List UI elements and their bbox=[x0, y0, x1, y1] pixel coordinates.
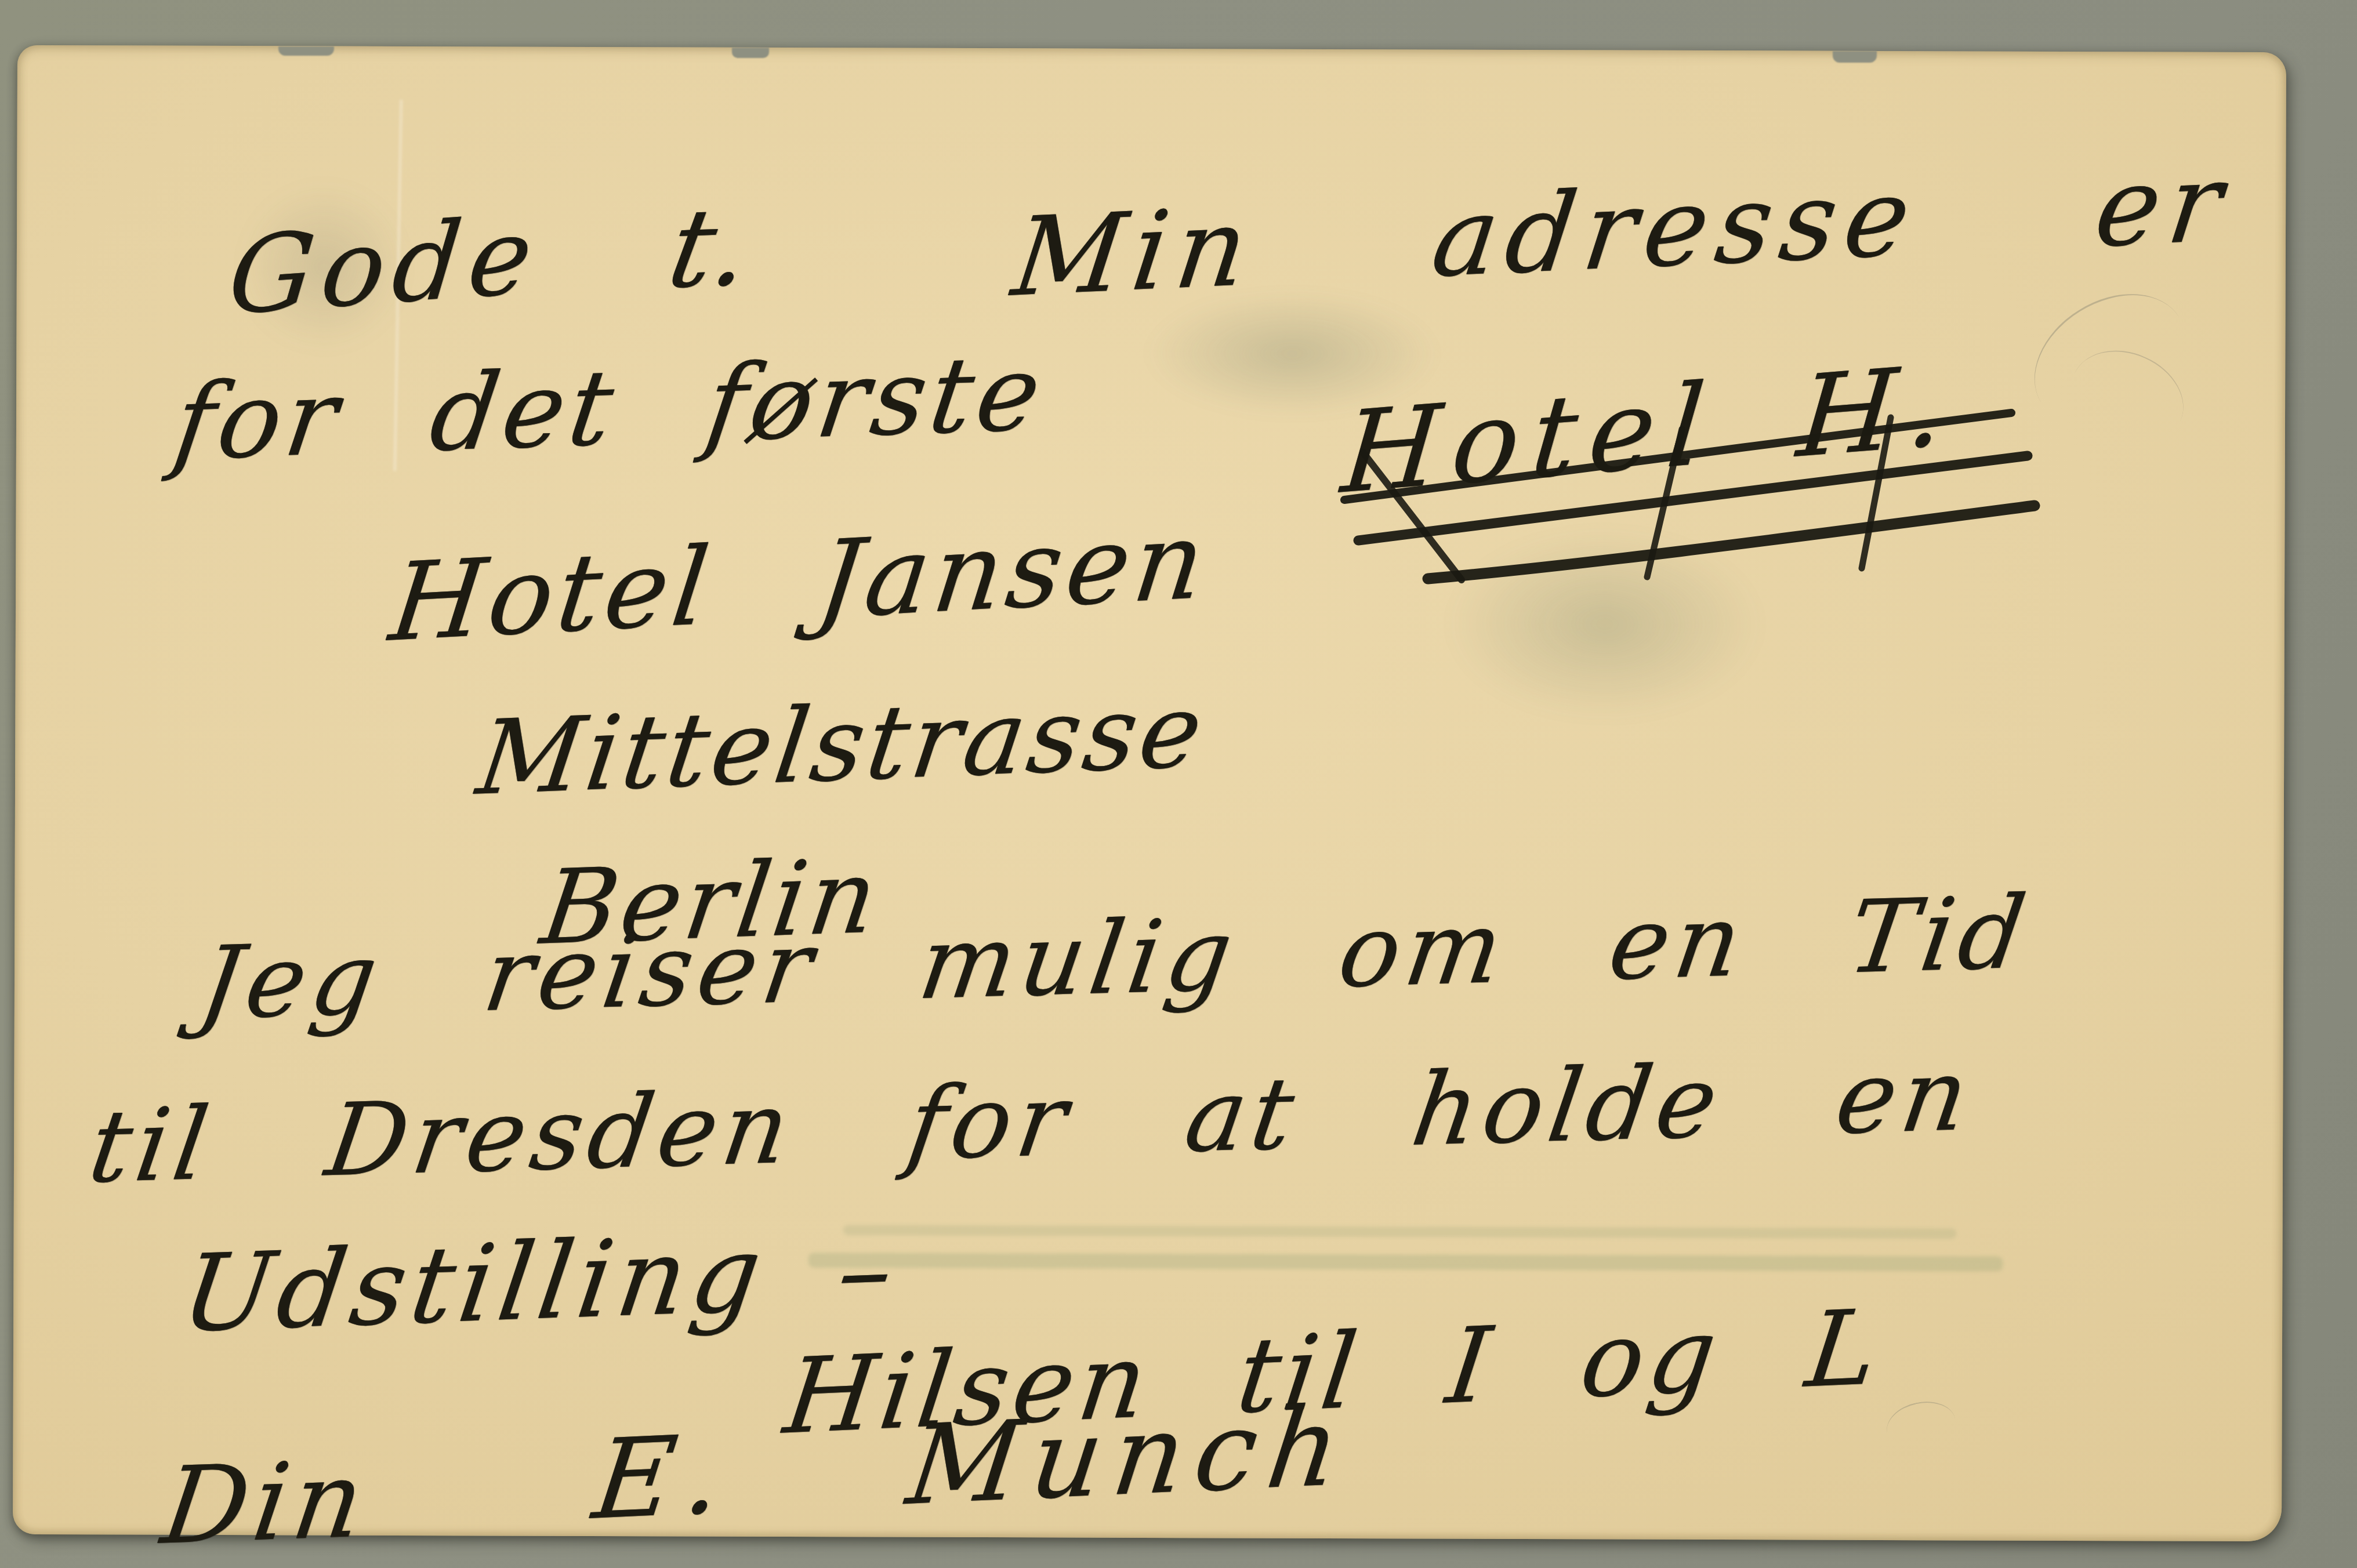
scan-background: Gode t. Min adresse er for det første Ho… bbox=[0, 0, 2357, 1568]
card-edge-chip bbox=[1833, 51, 1877, 63]
offset-transfer-band bbox=[808, 1253, 2003, 1271]
handwriting-travel-line-3: Udstilling – bbox=[175, 1207, 906, 1356]
ink-smudge bbox=[1384, 490, 1825, 758]
card-edge-chip bbox=[278, 46, 334, 56]
pencil-scribble bbox=[2057, 333, 2199, 462]
offset-transfer-band bbox=[843, 1225, 1957, 1239]
pencil-scribble bbox=[2010, 267, 2210, 453]
handwriting-signature-din: Din bbox=[155, 1438, 376, 1568]
handwriting-salutation-word: Gode bbox=[223, 193, 546, 339]
pencil-scribble bbox=[1882, 1396, 1960, 1457]
card-edge-chip bbox=[732, 48, 769, 58]
